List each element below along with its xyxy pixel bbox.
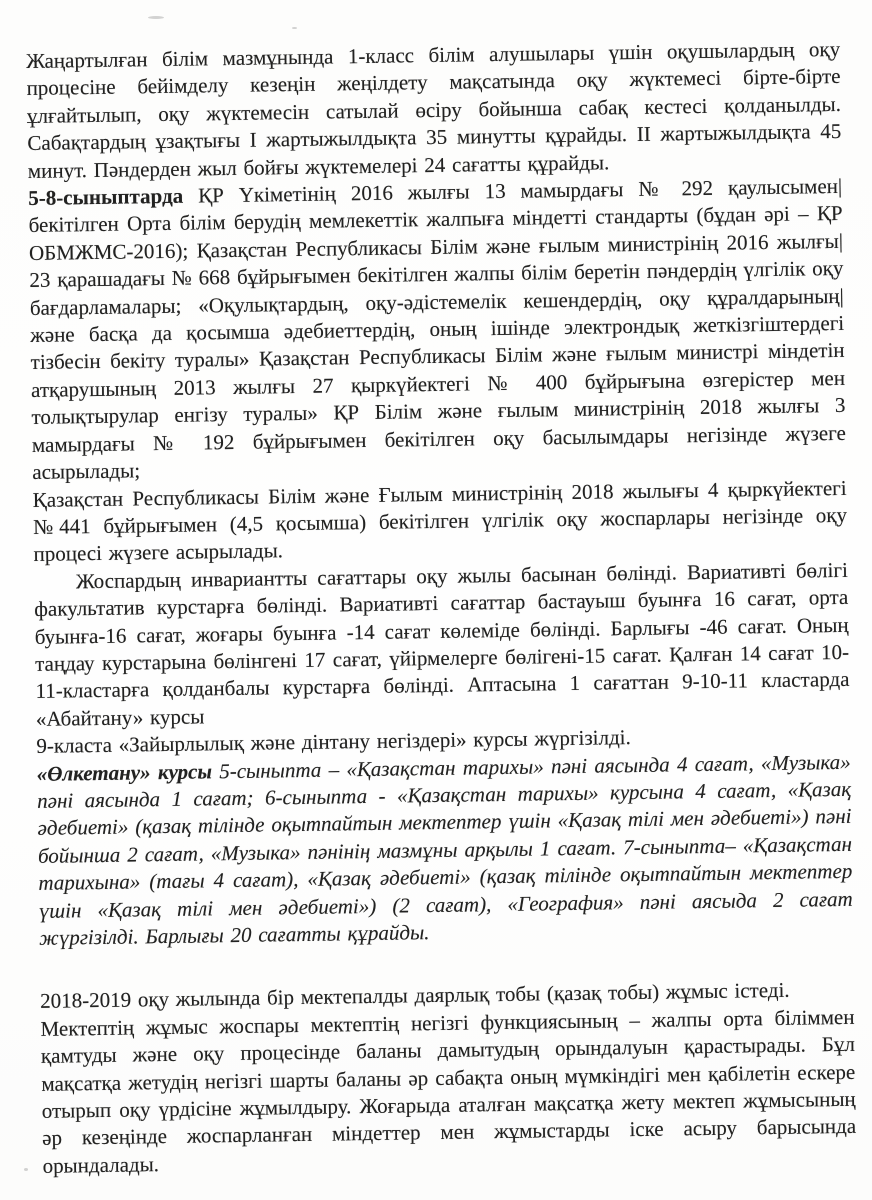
paragraph-school-work-plan: Мектептің жұмыс жоспары мектептің негізг… [40, 1004, 856, 1180]
paragraph-lead-olketanu: «Өлкетану» курсы [37, 759, 213, 786]
paragraph-body-grades-5-8: ҚР Үкіметінің 2016 жылғы 13 мамырдағы № … [28, 174, 846, 484]
paragraph-first-grade-adaptation: Жаңартылған білім мазмұнында 1-класс біл… [26, 36, 842, 185]
paragraph-olketanu-course: «Өлкетану» курсы 5-сыныпта – «Қазақстан … [37, 748, 854, 952]
paragraph-lead-grades-5-8: 5-8-сыныптарда [28, 184, 183, 210]
scanned-document-page: Жаңартылған білім мазмұнында 1-класс біл… [0, 0, 872, 1200]
scan-artifact [292, 27, 297, 29]
paragraph-variative-hours: Жоспардың инвариантты сағаттары оқу жылы… [34, 557, 850, 733]
scan-artifact [24, 1168, 28, 1171]
scan-artifact [148, 16, 164, 19]
paragraph-order-441-curricula: Қазақстан Республикасы Білім және Ғылым … [33, 474, 848, 568]
document-text-block: Жаңартылған білім мазмұнында 1-класс біл… [26, 36, 857, 1180]
paragraph-grades-5-8-standards: 5-8-сыныптарда ҚР Үкіметінің 2016 жылғы … [28, 173, 846, 487]
